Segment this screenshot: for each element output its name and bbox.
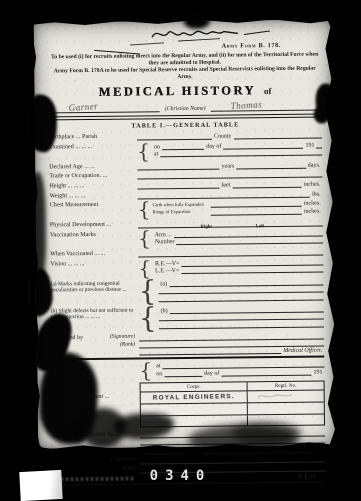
brace-glyph: { xyxy=(139,306,157,331)
form-line-text: at xyxy=(152,152,160,158)
form-row-group: Become non-effective by ... xyxy=(52,429,325,447)
entry-underline xyxy=(137,162,219,170)
joined-on-enlistment-label: Joined on Enlistment ... xyxy=(52,394,110,402)
entry-underline xyxy=(203,446,312,454)
section-divider-rule xyxy=(51,356,324,360)
form-lines xyxy=(138,248,323,257)
form-label-col: Vision ... ... ... xyxy=(50,260,138,269)
corps-table-cell xyxy=(248,403,324,414)
photo-corner-tab xyxy=(19,470,62,500)
form-line xyxy=(137,170,322,179)
form-lines: Arm ...RightLeftNumber xyxy=(153,229,323,246)
form-line: lbs. xyxy=(138,190,323,199)
form-label-col: (Signature) xyxy=(52,457,140,465)
form-line-text: day of xyxy=(184,448,203,454)
form-row-label: Height ... ... ... xyxy=(49,182,137,191)
christian-name-label: (Christian Name) xyxy=(160,106,211,113)
usage-instructions-line2: Army Form B. 178A to be used for Special… xyxy=(50,66,319,82)
form-label-col: Birthplace ... Parish xyxy=(49,133,137,142)
form-line-text: L.E.—V= xyxy=(153,268,181,274)
entry-underline xyxy=(140,437,325,446)
form-lines: (a) xyxy=(158,278,323,302)
form-lines: Girth when fully Expandedinches.Range of… xyxy=(152,199,322,216)
form-row-group: (a) Marks indicating congenital peculiar… xyxy=(50,278,323,306)
form-line-text: inches. xyxy=(302,181,323,187)
form-row-label: Vaccination Marks xyxy=(50,231,138,240)
faint-handwriting-scribble xyxy=(256,392,296,400)
form-label-col: Chest Measurement xyxy=(50,201,138,210)
form-line: L.E.—V= xyxy=(153,265,323,274)
entry-underline xyxy=(138,190,311,199)
brace-glyph: { xyxy=(138,200,151,218)
form-line-text: days. xyxy=(306,162,323,168)
corps-table-row xyxy=(141,402,324,415)
form-line: at xyxy=(152,148,322,157)
form-row-label xyxy=(52,447,140,448)
form-label-col: When Vaccinated ... ... xyxy=(50,250,138,259)
corps-table-row: ROYAL ENGINEERS. xyxy=(141,389,324,403)
entry-underline xyxy=(137,182,219,190)
form-lines: County xyxy=(137,131,322,140)
name-entry-row: Garner (Christian Name) Thomas xyxy=(49,100,322,114)
form-row-label: Become non-effective by ... xyxy=(52,431,140,440)
form-title-row: MEDICAL HISTORY of xyxy=(48,81,321,102)
corps-table: Corps.Regtl. No.ROYAL ENGINEERS. xyxy=(140,380,325,427)
form-line: onday of191 xyxy=(154,368,324,377)
document-paper: Army Form B. 178. To be used (i) for rec… xyxy=(34,19,335,448)
brace-glyph: { xyxy=(138,229,151,247)
form-line-text: years xyxy=(219,163,236,169)
corps-table-header-cell: Corps. xyxy=(141,382,248,391)
form-lines: day of191 xyxy=(140,445,325,454)
form-row-label: Enlisted ... ... xyxy=(51,363,139,372)
table-corner-blot xyxy=(34,446,40,452)
form-row-group: Vaccination Marks{Arm ...RightLeftNumber xyxy=(50,229,323,250)
corps-table-row xyxy=(141,413,324,426)
corps-table-cell xyxy=(141,404,248,416)
handwritten-christian-name: Thomas xyxy=(230,99,262,111)
entry-underline xyxy=(140,447,184,454)
form-line-text: 191 xyxy=(311,369,324,375)
form-row-group: Enlisted ... ...{atonday of191 xyxy=(51,361,324,382)
form-row-label: Examined ... ... ... xyxy=(49,143,137,152)
form-line-text: day of xyxy=(202,370,221,376)
entry-underline xyxy=(158,293,323,302)
form-lines: feetinches. xyxy=(137,180,322,189)
form-rows: Birthplace ... ParishCountyExamined ... … xyxy=(49,131,326,474)
form-line: yearsdays. xyxy=(137,161,322,170)
form-row-label: Vision ... ... ... xyxy=(50,260,138,269)
form-line-text: on xyxy=(154,371,164,377)
form-label-col: Enlisted ... ... xyxy=(51,363,139,372)
form-row-label: Chest Measurement xyxy=(50,201,138,210)
form-row-group: Examined ... ... ...{onday of191at xyxy=(49,141,322,162)
form-row-group: Chest Measurement{Girth when fully Expan… xyxy=(50,199,323,220)
form-line xyxy=(159,320,324,329)
form-line-text: 191 xyxy=(312,447,325,453)
form-line: Number xyxy=(153,236,323,245)
form-line: Medical Officer. xyxy=(139,347,324,356)
form-line xyxy=(158,293,323,302)
form-title: MEDICAL HISTORY xyxy=(99,83,256,99)
form-lines: atonday of191 xyxy=(154,361,324,378)
form-line: Range of Expansioninches. xyxy=(152,207,322,216)
left-column-label: Left xyxy=(256,224,265,229)
entry-underline xyxy=(140,455,325,464)
corps-table-cell xyxy=(248,414,324,425)
form-line xyxy=(138,248,323,257)
form-lines xyxy=(140,429,325,446)
form-sub-label: (Signature) xyxy=(111,457,136,463)
form-row-label: Declared Age ... ... xyxy=(49,163,137,172)
form-line: County xyxy=(137,131,322,140)
handwritten-surname: Garner xyxy=(68,101,98,113)
form-lines xyxy=(138,219,323,228)
entry-underline xyxy=(139,347,281,355)
form-line-text: Range of Expansion xyxy=(152,210,210,216)
form-line-text: County xyxy=(212,134,234,140)
form-label-col xyxy=(52,447,140,455)
form-row-group: Vision ... ... ...{R.E.—V=L.E.—V= xyxy=(50,258,323,279)
right-column-label: Right xyxy=(200,225,212,230)
entry-underline xyxy=(160,149,322,158)
entry-underline xyxy=(176,236,323,245)
corps-table-labels: Joined on Enlistment ...Transferred to .… xyxy=(52,382,140,423)
form-row-group: Approved by(Signature)(Rank)Medical Offi… xyxy=(51,332,324,357)
form-label-col: Height ... ... ... xyxy=(49,182,137,191)
entry-underline xyxy=(137,171,322,180)
corps-table-header-cell: Regtl. No. xyxy=(248,381,324,390)
entry-underline xyxy=(159,320,324,329)
corps-table-cell xyxy=(248,390,324,402)
form-lines: lbs. xyxy=(138,190,323,199)
form-label-col: Declared Age ... ... xyxy=(49,163,137,172)
form-lines: R.E.—V=L.E.—V= xyxy=(153,258,323,275)
corps-table-row: Joined on Enlistment ...Transferred to .… xyxy=(52,380,325,428)
entry-underline xyxy=(236,161,306,169)
corps-stamp: ROYAL ENGINEERS. xyxy=(141,391,248,405)
form-row-label: When Vaccinated ... ... xyxy=(50,250,138,259)
entry-underline xyxy=(233,132,322,140)
entry-underline xyxy=(138,219,323,228)
brace-glyph: { xyxy=(137,142,150,160)
form-label-col: Weight ... ... ... xyxy=(50,192,138,201)
form-label-col: Approved by(Signature)(Rank) xyxy=(51,334,139,343)
form-title-of: of xyxy=(264,86,272,96)
form-label-col: Examined ... ... ... xyxy=(49,143,137,152)
brace-glyph: { xyxy=(138,279,156,304)
surname-underline: Garner xyxy=(49,101,160,113)
form-line-text: feet xyxy=(219,182,232,188)
form-row-label: (b) Slight defects but not sufficient to… xyxy=(51,307,139,321)
form-lines: onday of191at xyxy=(152,141,322,158)
form-label-col: Physical Development ... xyxy=(50,221,138,230)
form-label-col: Trade or Occupation. ... xyxy=(49,172,137,181)
form-line: day of191 xyxy=(140,445,325,454)
form-content: Army Form B. 178. To be used (i) for rec… xyxy=(34,19,335,448)
form-label-col: Become non-effective by ... xyxy=(52,431,140,440)
entry-underline xyxy=(138,249,323,258)
form-line xyxy=(140,436,325,445)
entry-underline xyxy=(316,141,322,148)
form-row-label: Physical Development ... xyxy=(50,221,138,230)
form-lines xyxy=(140,455,325,464)
form-lines: (b) xyxy=(159,305,324,329)
brace-glyph: { xyxy=(139,361,152,379)
form-lines xyxy=(137,170,322,179)
christian-name-underline: Thomas xyxy=(210,100,321,112)
form-label-col: Vaccination Marks xyxy=(50,231,138,240)
form-line: feetinches. xyxy=(137,180,322,189)
form-line xyxy=(140,455,325,464)
form-row-label: Trade or Occupation. ... xyxy=(49,172,137,181)
form-label-col: (b) Slight defects but not sufficient to… xyxy=(51,307,139,321)
corps-table-cell xyxy=(141,415,248,427)
entry-underline xyxy=(210,207,302,215)
entry-underline xyxy=(164,370,202,377)
form-line-text: inches. xyxy=(302,208,323,214)
entry-underline xyxy=(162,143,204,150)
form-row-label: Birthplace ... Parish xyxy=(49,133,137,142)
entry-underline xyxy=(232,181,301,189)
form-row-group: (b) Slight defects but not sufficient to… xyxy=(51,305,324,333)
form-lines: yearsdays. xyxy=(137,161,322,170)
form-line xyxy=(138,219,323,228)
form-line-text: Number xyxy=(153,239,177,245)
entry-underline xyxy=(181,266,323,274)
photo-background: Army Form B. 178. To be used (i) for rec… xyxy=(0,0,361,500)
form-row-label: Weight ... ... ... xyxy=(50,192,138,201)
form-line-text: lbs. xyxy=(310,191,323,197)
form-row-label: (a) Marks indicating congenital peculiar… xyxy=(50,280,138,294)
entry-underline xyxy=(221,369,311,377)
transferred-to-label: Transferred to ... ... xyxy=(52,410,99,418)
general-table-title: TABLE I.—GENERAL TABLE xyxy=(49,120,322,130)
form-lines: Medical Officer. xyxy=(139,332,324,356)
form-label-col: (a) Marks indicating congenital peculiar… xyxy=(50,280,138,294)
double-rule xyxy=(49,113,322,120)
form-sub-label: (Signature) xyxy=(110,334,135,340)
form-line-text: Medical Officer. xyxy=(281,348,324,354)
form-sub-label: (Rank) xyxy=(120,341,135,347)
